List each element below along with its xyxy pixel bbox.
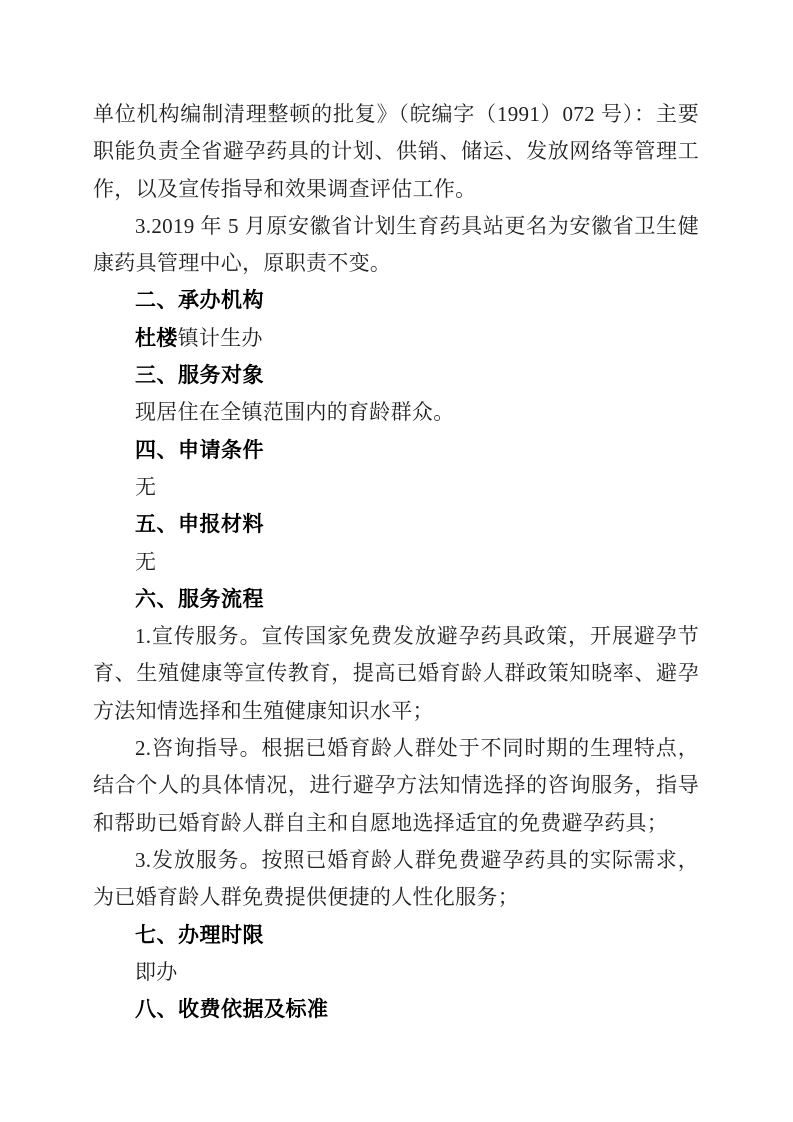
paragraph-processing-time-immediate: 即办 [93, 954, 699, 991]
section-heading-undertaking-agency: 二、承办机构 [93, 282, 699, 319]
paragraph-rename-2019: 3.2019 年 5 月原安徽省计划生育药具站更名为安徽省卫生健康药具管理中心，… [93, 208, 699, 283]
document-page: 单位机构编制清理整顿的批复》（皖编字（1991）072 号）：主要职能负责全省避… [0, 0, 793, 1122]
paragraph-process-step1-publicity: 1.宣传服务。宣传国家免费发放避孕药具政策，开展避孕节育、生殖健康等宣传教育，提… [93, 618, 699, 730]
paragraph-process-step2-consulting: 2.咨询指导。根据已婚育龄人群处于不同时期的生理特点，结合个人的具体情况，进行避… [93, 730, 699, 842]
section-heading-application-conditions: 四、申请条件 [93, 432, 699, 469]
paragraph-materials-none: 无 [93, 544, 699, 581]
section-heading-service-target: 三、服务对象 [93, 357, 699, 394]
section-heading-fee-basis: 八、收费依据及标准 [93, 991, 699, 1028]
section-heading-application-materials: 五、申报材料 [93, 506, 699, 543]
paragraph-service-target: 现居住在全镇范围内的育龄群众。 [93, 394, 699, 431]
section-heading-processing-time: 七、办理时限 [93, 917, 699, 954]
paragraph-process-step3-distribution: 3.发放服务。按照已婚育龄人群免费避孕药具的实际需求，为已婚育龄人群免费提供便捷… [93, 842, 699, 917]
agency-name-rest: 镇计生办 [178, 326, 263, 350]
section-heading-service-process: 六、服务流程 [93, 581, 699, 618]
agency-line: 杜楼镇计生办 [93, 320, 699, 357]
paragraph-continuation-mandate: 单位机构编制清理整顿的批复》（皖编字（1991）072 号）：主要职能负责全省避… [93, 96, 699, 208]
paragraph-conditions-none: 无 [93, 469, 699, 506]
agency-name-bold: 杜楼 [135, 327, 178, 350]
